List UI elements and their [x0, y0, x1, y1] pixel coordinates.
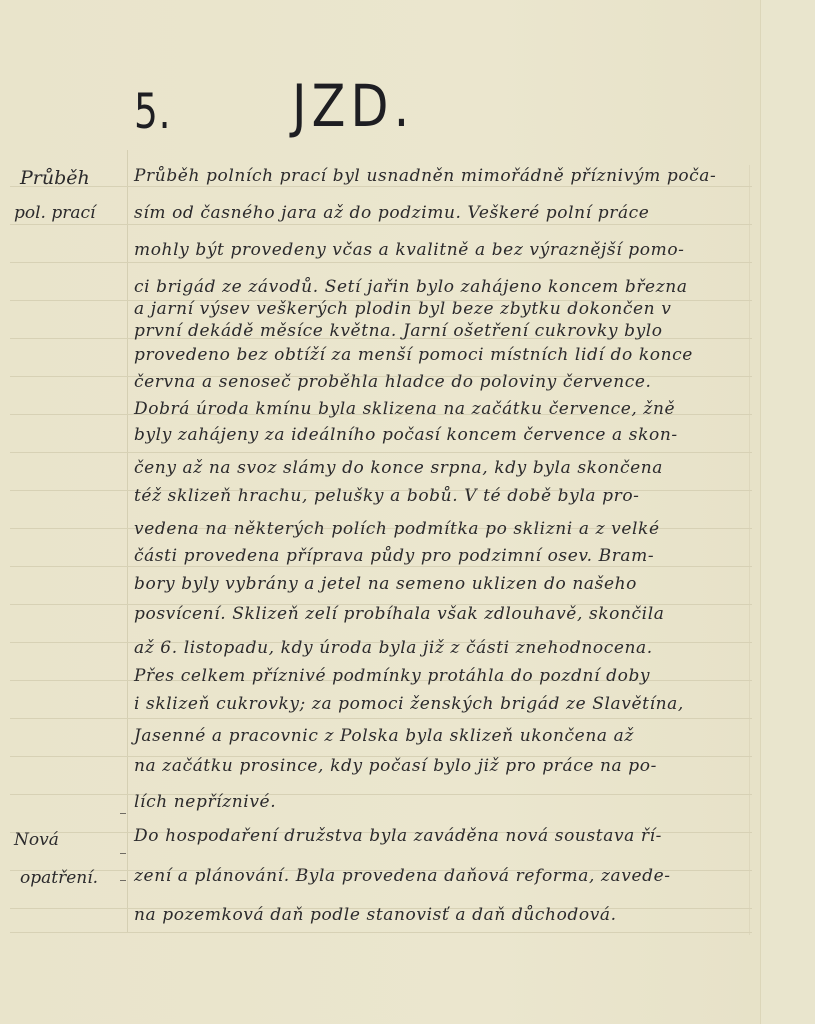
margin-tick: [120, 880, 126, 881]
margin-note-line: opatření.: [20, 868, 98, 888]
body-line: části provedena příprava půdy pro podzim…: [134, 546, 654, 566]
rule-line: [10, 262, 752, 263]
body-line: první dekádě měsíce května. Jarní ošetře…: [134, 321, 663, 341]
body-line: na začátku prosince, kdy počasí bylo již…: [134, 756, 657, 776]
rule-line: [10, 186, 752, 187]
chapter-number: 5.: [134, 84, 196, 140]
margin-note-line: Nová: [14, 830, 59, 850]
rule-line: [10, 224, 752, 225]
body-line: též sklizeň hrachu, pelušky a bobů. V té…: [134, 486, 640, 506]
margin-note-line: Průběh: [20, 168, 90, 188]
body-line: lích nepříznivé.: [134, 792, 276, 812]
rule-line: [10, 794, 752, 795]
body-line: Do hospodaření družstva byla zaváděna no…: [134, 826, 662, 846]
notebook-page: 5. JZD. Průběh pol. prací Průběh polních…: [0, 0, 815, 1024]
body-line: bory byly vybrány a jetel na semeno ukli…: [134, 574, 637, 594]
right-margin-rule: [749, 165, 750, 935]
chapter-heading: 5. JZD.: [134, 70, 436, 140]
body-line: čeny až na svoz slámy do konce srpna, kd…: [134, 458, 663, 478]
body-line: provedeno bez obtíží za menší pomoci mís…: [134, 345, 693, 365]
body-line: vedena na některých polích podmítka po s…: [134, 519, 660, 539]
body-line: a jarní výsev veškerých plodin byl beze …: [134, 299, 671, 319]
rule-line: [10, 718, 752, 719]
margin-note-line: pol. prací: [14, 203, 95, 223]
body-line: i sklizeň cukrovky; za pomoci ženských b…: [134, 694, 684, 714]
body-line: Dobrá úroda kmínu byla sklizena na začát…: [134, 399, 675, 419]
body-line: až 6. listopadu, kdy úroda byla již z čá…: [134, 638, 653, 658]
body-line: sím od časného jara až do podzimu. Veške…: [134, 203, 649, 223]
body-line: června a senoseč proběhla hladce do polo…: [134, 372, 652, 392]
body-line: na pozemková daň podle stanovisť a daň d…: [134, 905, 617, 925]
body-line: ci brigád ze závodů. Setí jařin bylo zah…: [134, 277, 688, 297]
body-line: Průběh polních prací byl usnadněn mimořá…: [134, 166, 716, 186]
body-line: byly zahájeny za ideálního počasí koncem…: [134, 425, 678, 445]
margin-rule: [127, 150, 128, 932]
rule-line: [10, 932, 752, 933]
rule-line: [10, 452, 752, 453]
margin-tick: [120, 813, 126, 814]
body-line: posvícení. Sklizeň zelí probíhala však z…: [134, 604, 665, 624]
body-line: Přes celkem příznivé podmínky protáhla d…: [134, 666, 650, 686]
body-line: Jasenné a pracovnic z Polska byla sklize…: [134, 726, 634, 746]
margin-tick: [120, 853, 126, 854]
body-line: zení a plánování. Byla provedena daňová …: [134, 866, 671, 886]
chapter-title: JZD.: [292, 72, 414, 140]
rule-line: [10, 566, 752, 567]
body-line: mohly být provedeny včas a kvalitně a be…: [134, 240, 685, 260]
